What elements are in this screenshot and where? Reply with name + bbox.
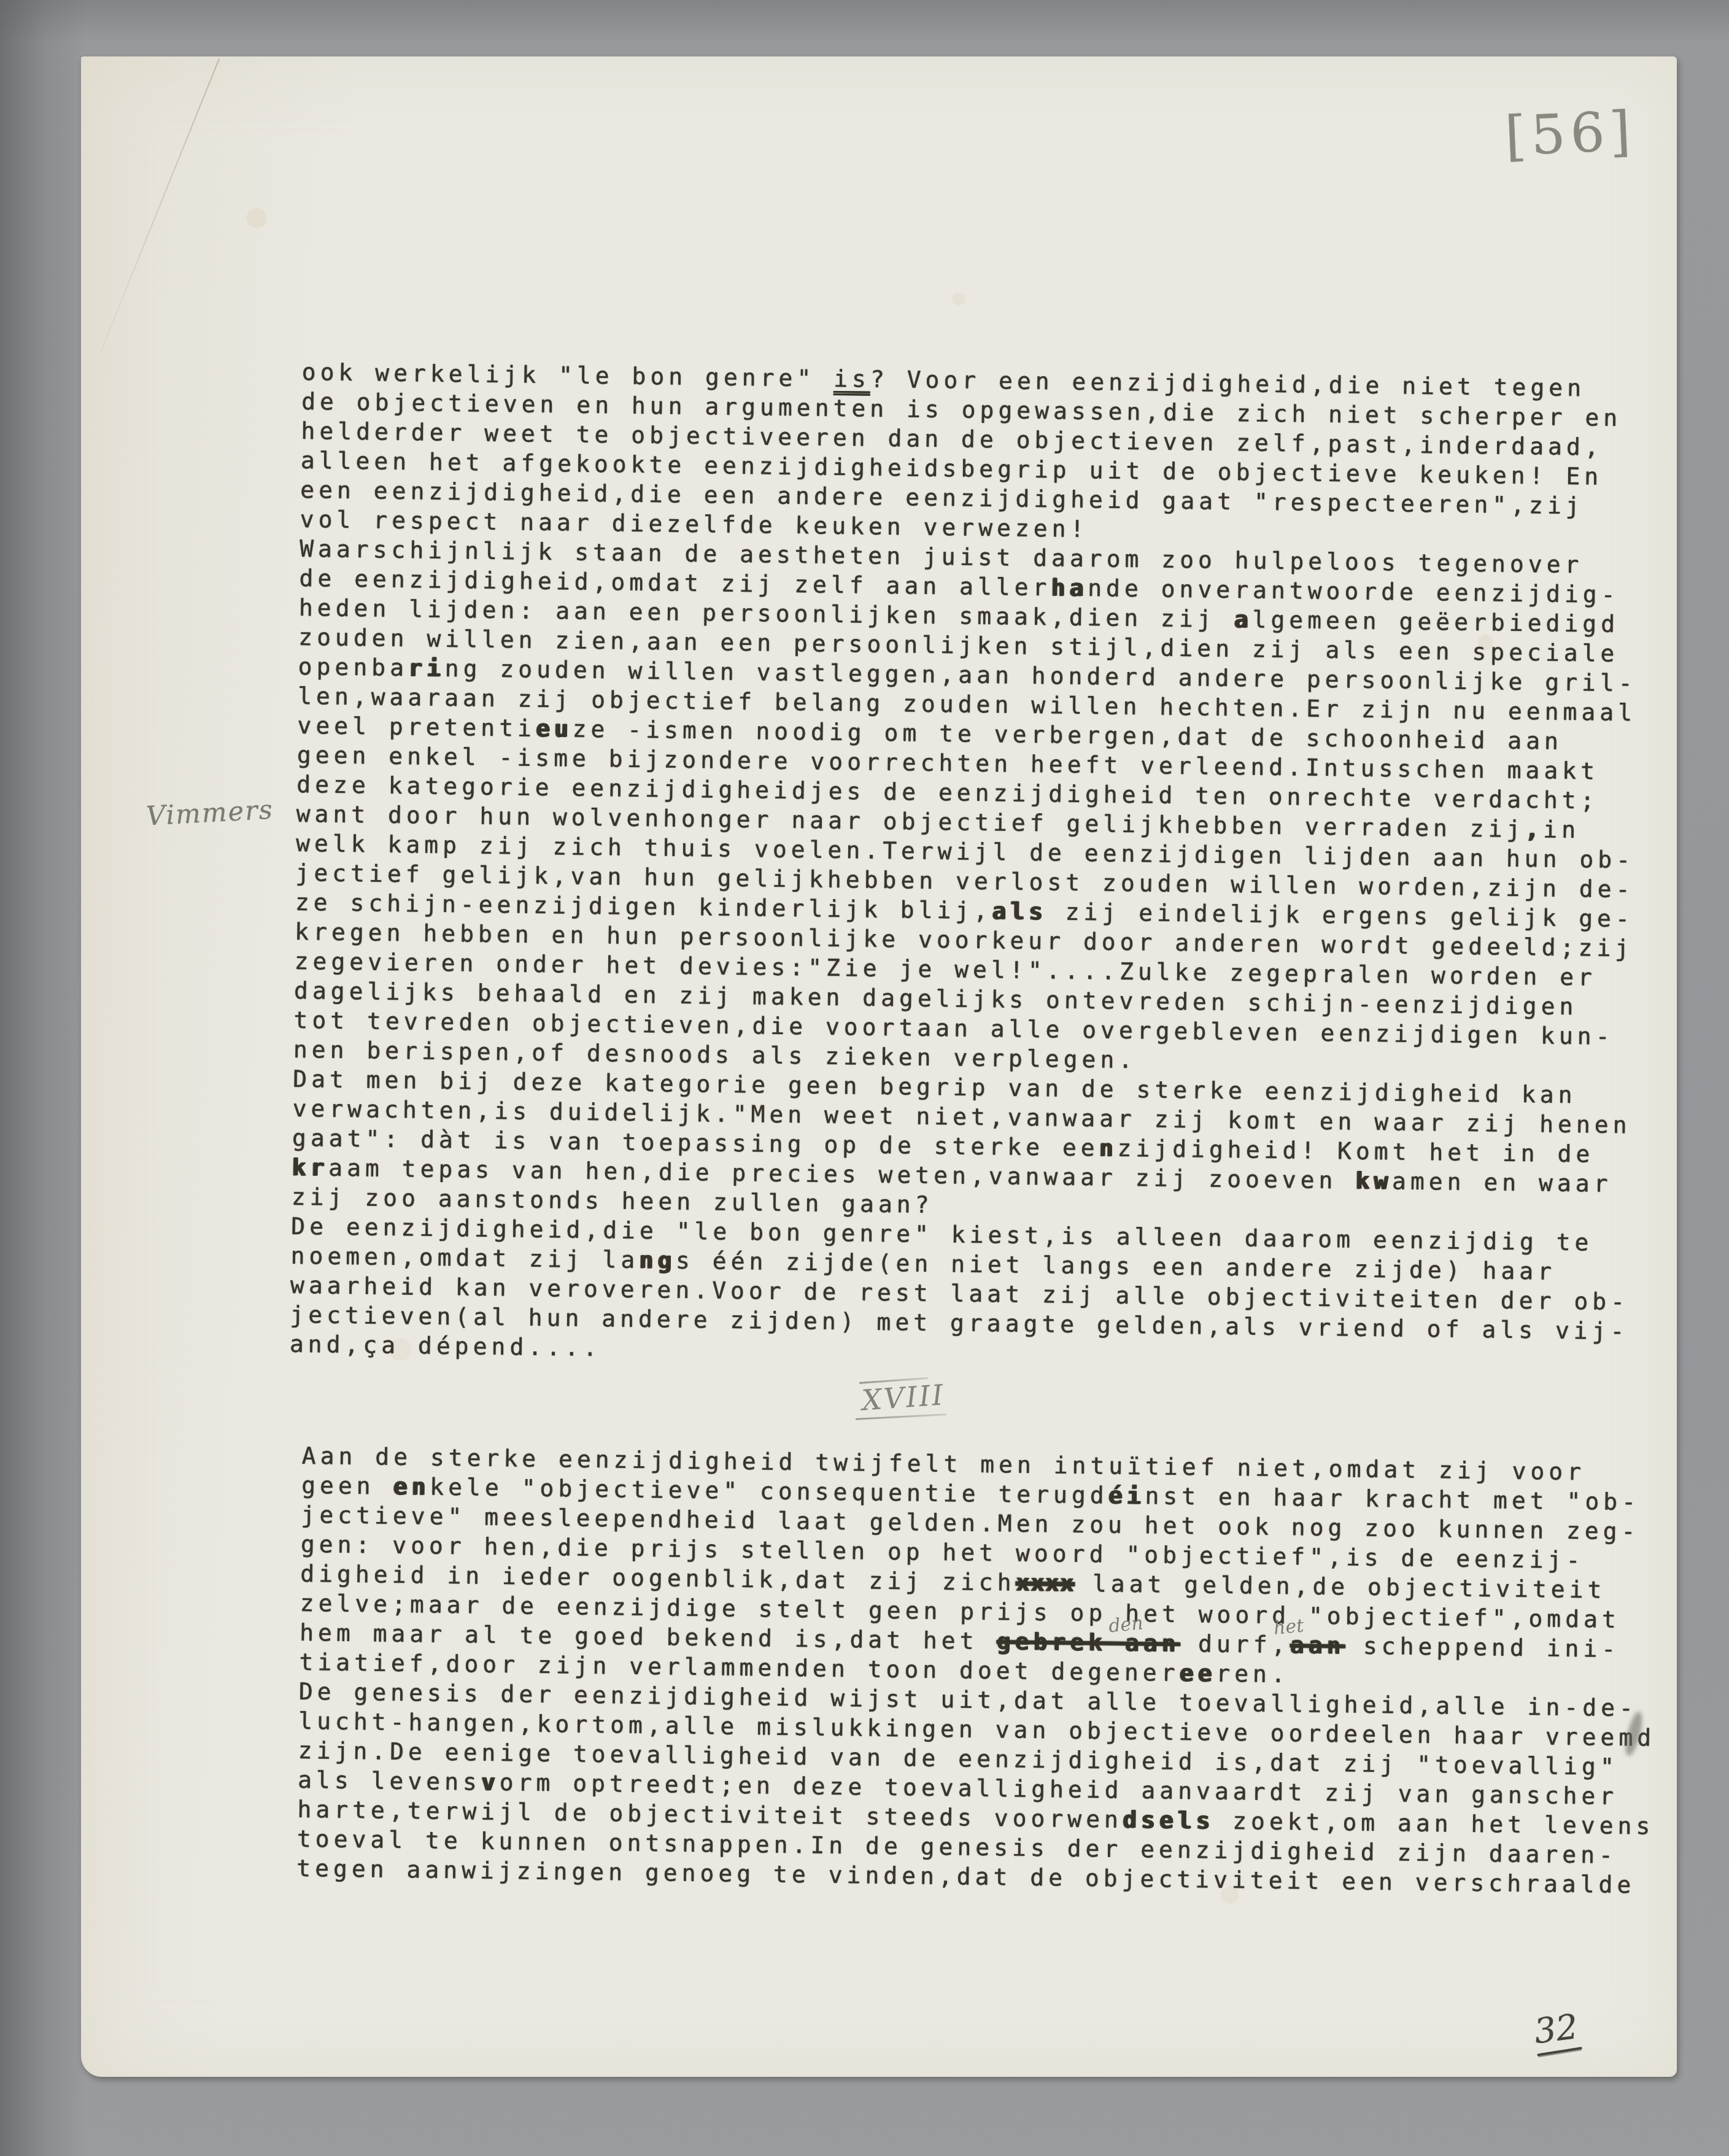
typed-segment: a <box>1234 606 1252 633</box>
typed-segment: scheppend ini- <box>1345 1632 1620 1663</box>
section-number-roman: XVIII <box>861 1378 946 1416</box>
typed-segment: and,ça dépend.... <box>290 1331 601 1361</box>
typed-segment: amen en waar <box>1392 1167 1612 1197</box>
typed-segment: xxxx <box>1015 1569 1074 1597</box>
typed-segment: lgemeen geëerbiedigd <box>1252 606 1619 638</box>
typed-segment: noemen,omdat zij la <box>290 1242 639 1273</box>
typed-segment: openba <box>298 653 408 681</box>
paper-corner-crease <box>99 58 220 355</box>
typed-segment: ha <box>1051 574 1088 601</box>
typed-segment: en <box>393 1473 430 1501</box>
typewritten-text-block-2: Aan de sterke eenzijdigheid twijfelt men… <box>296 1441 1677 1901</box>
typewritten-text-block-1: ook werkelijk "le bon genre" is? Voor ee… <box>289 357 1677 1377</box>
typed-segment: éi <box>1108 1482 1145 1510</box>
typed-segment: in <box>1543 816 1580 843</box>
typed-segment: als <box>992 897 1047 925</box>
typed-segment: zijdigheid! Komt het in de <box>1117 1135 1594 1168</box>
typed-segment: ri <box>408 654 445 682</box>
scan-top-shadow <box>0 0 1729 43</box>
typed-segment: zoekt,om aan het levens <box>1214 1807 1655 1840</box>
typed-segment: is <box>834 365 870 393</box>
sheet-number-pencil: 32 <box>1532 2007 1582 2055</box>
typed-segment: veel pretenti <box>297 712 536 742</box>
typed-segment: ee <box>1179 1660 1216 1687</box>
typed-segment: v <box>481 1769 500 1796</box>
typed-segment: gebrek aan <box>996 1628 1180 1657</box>
scanned-manuscript-scene: [56] ook werkelijk "le bon genre" is? Vo… <box>0 0 1729 2156</box>
typed-segment: ng <box>639 1246 676 1274</box>
typed-segment: n <box>1099 1134 1117 1161</box>
sheet-number-value: 32 <box>1532 2007 1580 2052</box>
section-heading-mark: XVIII <box>856 1380 960 1418</box>
typed-segment: durf, <box>1180 1630 1290 1658</box>
page-number-pencil: [56] <box>1504 99 1637 168</box>
typed-segment: , <box>1525 816 1543 843</box>
typed-segment: geen <box>301 1472 393 1500</box>
scan-edge-shadow <box>0 0 86 2156</box>
typed-segment: kw <box>1355 1167 1392 1195</box>
manuscript-page: [56] ook werkelijk "le bon genre" is? Vo… <box>81 56 1677 2077</box>
typed-segment: ren. <box>1216 1660 1290 1688</box>
margin-note-handwritten: Vimmers <box>145 795 274 832</box>
typed-segment: eu <box>536 715 573 743</box>
typed-segment: als levens <box>298 1766 481 1796</box>
typed-segment: kr <box>292 1154 328 1181</box>
typed-segment: dsels <box>1123 1806 1215 1834</box>
typed-segment: nst en haar kracht met "ob- <box>1145 1482 1640 1515</box>
